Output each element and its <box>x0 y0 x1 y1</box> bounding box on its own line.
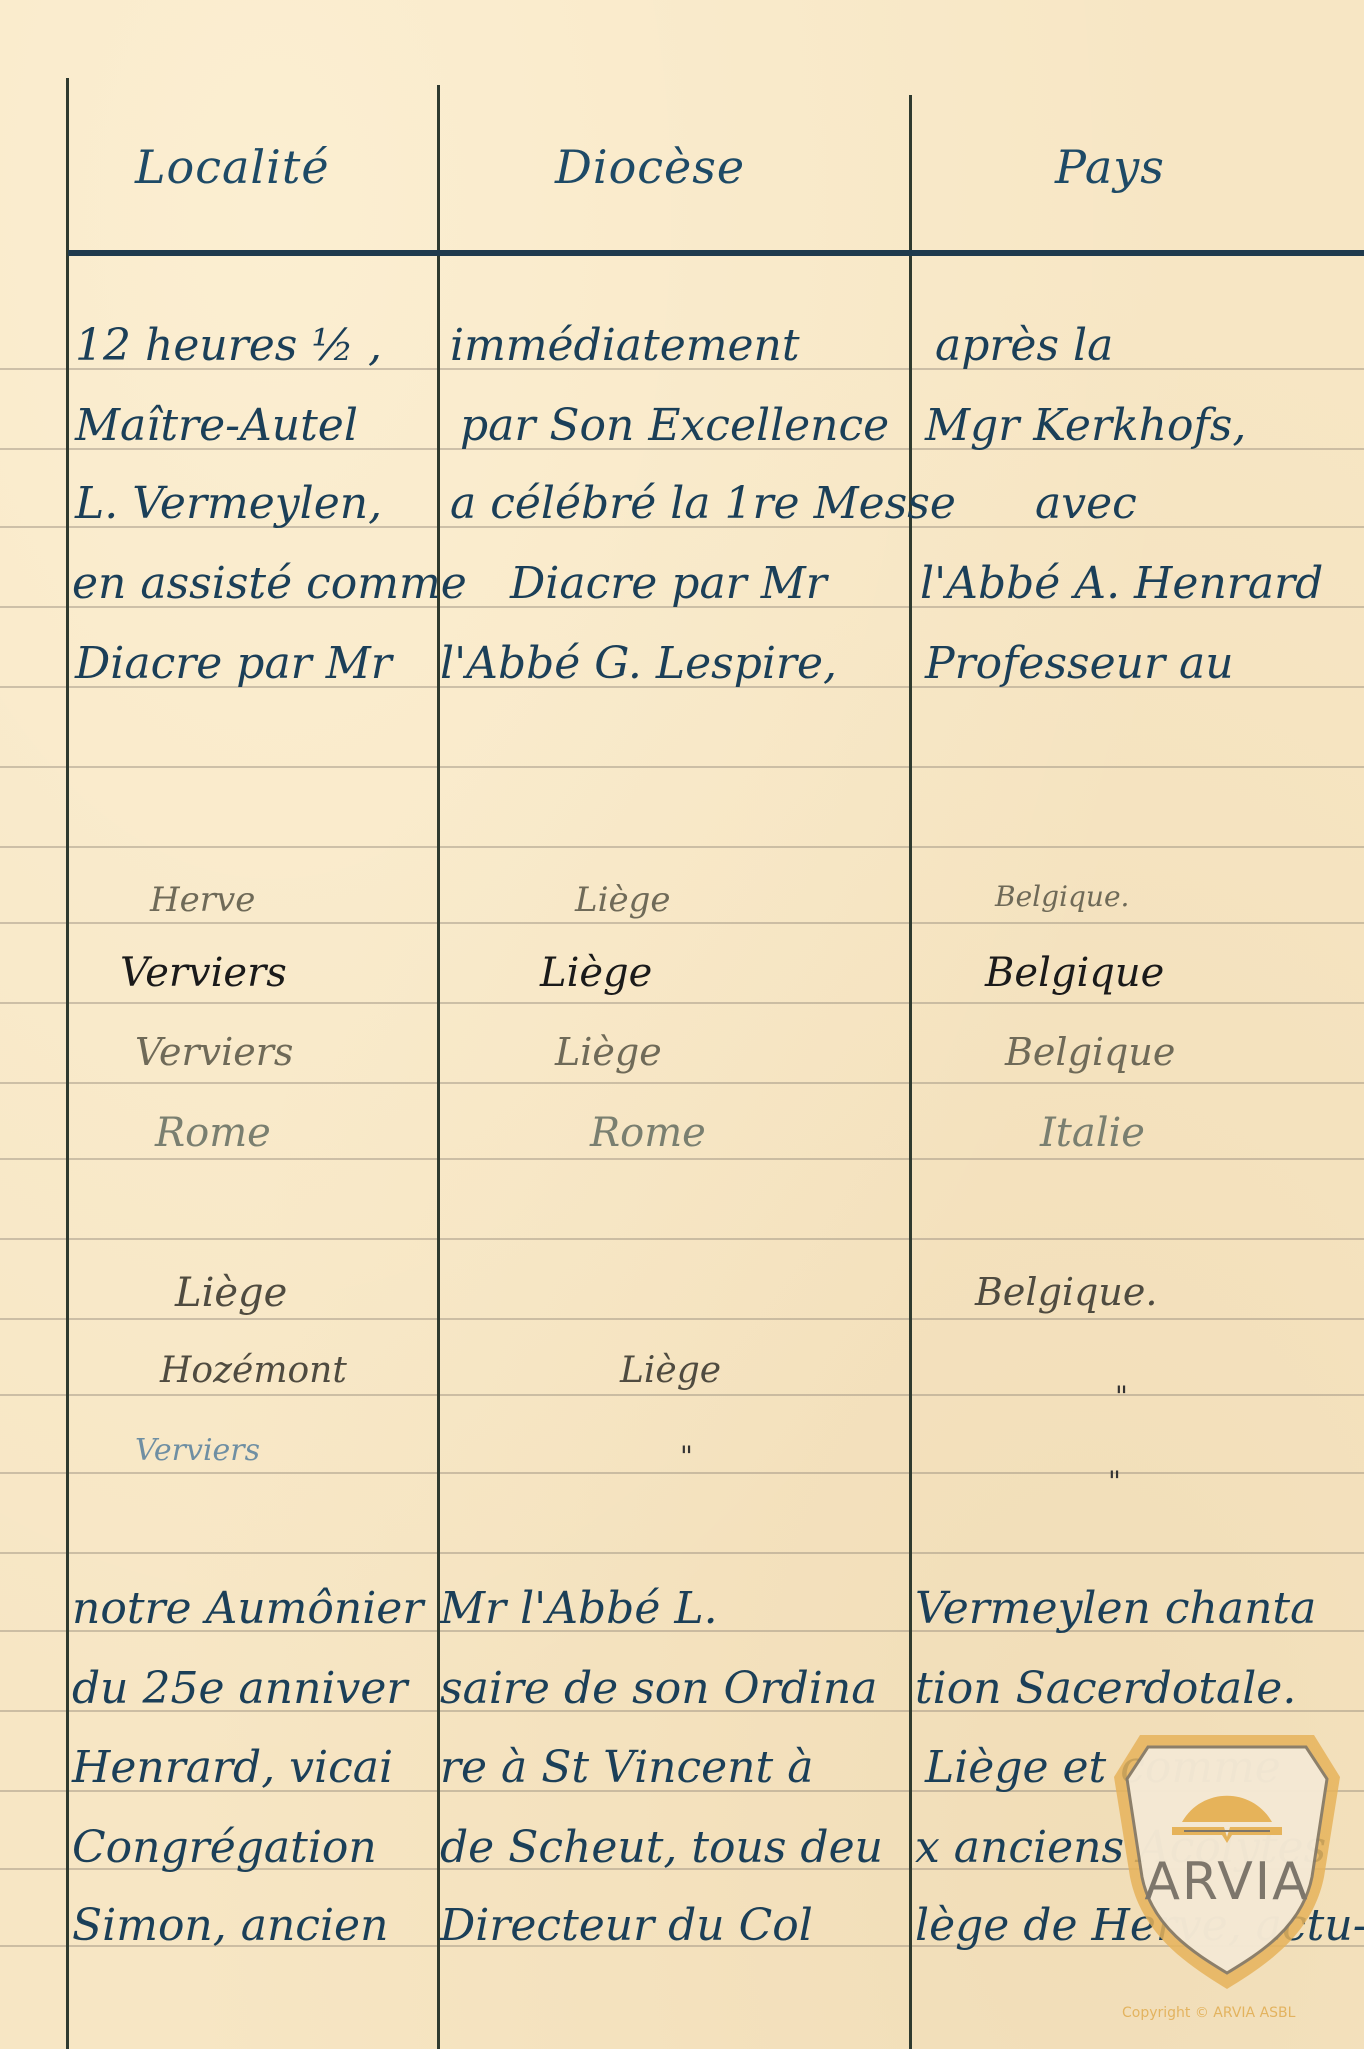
entry-diocese: Rome <box>590 1110 706 1156</box>
text-line: notre Aumônier <box>72 1583 423 1634</box>
text-line: Maître-Autel <box>75 400 358 451</box>
entry-localite: Rome <box>155 1110 271 1156</box>
ruled-line <box>0 1158 1364 1160</box>
text-line: après la <box>935 320 1113 371</box>
text-line: a célébré la 1re Messe <box>450 478 956 529</box>
text-line: Simon, ancien <box>72 1900 388 1951</box>
text-line: Vermeylen chanta <box>915 1583 1316 1634</box>
entry-localite: Verviers <box>120 950 287 996</box>
text-line: Congrégation <box>72 1822 377 1873</box>
entry-diocese: Liège <box>540 950 652 996</box>
text-line: Directeur du Col <box>440 1900 813 1951</box>
entry-pays: Belgique. <box>975 1270 1157 1314</box>
entry-localite: Liège <box>175 1270 287 1316</box>
column-header-localite: Localité <box>135 140 330 194</box>
entry-diocese: Liège <box>620 1350 721 1391</box>
ruled-line <box>0 1082 1364 1084</box>
text-line: de Scheut, tous deu <box>440 1822 883 1873</box>
text-line: immédiatement <box>450 320 800 371</box>
entry-diocese: Liège <box>575 880 670 920</box>
entry-diocese: Liège <box>555 1030 662 1074</box>
ruled-line <box>0 1238 1364 1240</box>
column-border-left <box>66 78 69 2049</box>
text-line: l'Abbé G. Lespire, <box>440 638 837 689</box>
entry-pays: Belgique <box>1005 1030 1175 1074</box>
ruled-line <box>0 766 1364 768</box>
text-line: l'Abbé A. Henrard <box>920 558 1323 609</box>
copyright-notice: Copyright © ARVIA ASBL <box>1122 2005 1295 2021</box>
text-line: Diacre par Mr <box>75 638 392 689</box>
entry-localite: Herve <box>150 880 255 920</box>
text-line: Mr l'Abbé L. <box>440 1583 718 1634</box>
entry-localite: Verviers <box>135 1433 260 1468</box>
entry-pays: Belgique <box>985 950 1164 996</box>
text-line: Henrard, vicai <box>72 1742 393 1793</box>
entry-pays-ditto: " <box>1115 1380 1128 1413</box>
entry-pays: Belgique. <box>995 880 1129 913</box>
column-header-diocese: Diocèse <box>555 140 745 194</box>
text-line: Professeur au <box>925 638 1234 689</box>
text-line: du 25e anniver <box>72 1663 407 1714</box>
ruled-line <box>0 1552 1364 1554</box>
column-border-pays <box>909 95 912 2049</box>
entry-pays: Italie <box>1040 1110 1145 1156</box>
text-line: L. Vermeylen, <box>75 478 382 529</box>
text-line: re à St Vincent à <box>440 1742 813 1793</box>
entry-localite: Hozémont <box>160 1350 347 1391</box>
watermark-logo-text: ARVIA <box>1112 1852 1342 1912</box>
text-line: Diacre par Mr <box>510 558 827 609</box>
arvia-watermark: ARVIA <box>1112 1727 1342 1992</box>
text-line: saire de son Ordina <box>440 1663 877 1714</box>
ruled-line <box>0 1394 1364 1396</box>
text-line: Mgr Kerkhofs, <box>925 400 1246 451</box>
ruled-line <box>0 1318 1364 1320</box>
text-line: en assisté comme <box>72 558 467 609</box>
header-rule <box>68 250 1364 256</box>
text-line: avec <box>1035 478 1137 529</box>
text-line: par Son Excellence <box>460 400 889 451</box>
ruled-line <box>0 922 1364 924</box>
entry-localite: Verviers <box>135 1030 293 1074</box>
column-header-pays: Pays <box>1055 140 1165 194</box>
entry-diocese-ditto: " <box>680 1440 693 1473</box>
text-line: 12 heures ½ , <box>75 320 382 371</box>
register-page: Localité Diocèse Pays 12 heures ½ , immé… <box>0 0 1364 2049</box>
text-line: tion Sacerdotale. <box>915 1663 1296 1714</box>
ruled-line <box>0 846 1364 848</box>
ruled-line <box>0 1002 1364 1004</box>
entry-pays-ditto: " <box>1108 1465 1121 1498</box>
